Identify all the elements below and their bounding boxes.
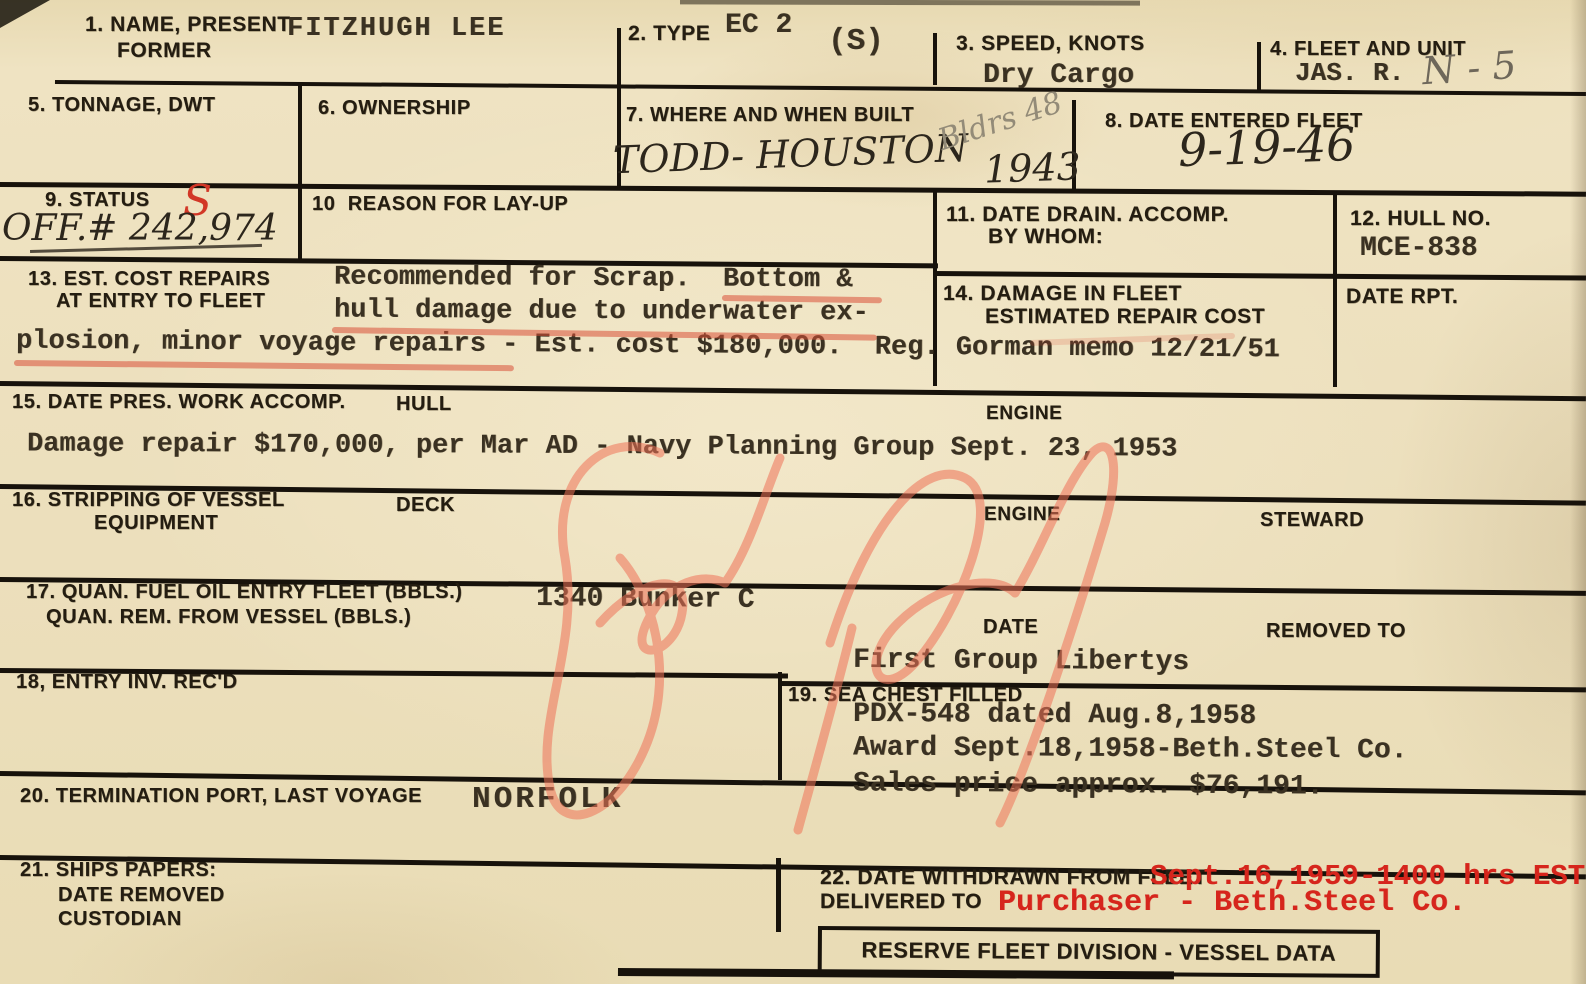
- field-17-removed-to-label: REMOVED TO: [1266, 620, 1406, 643]
- field-16-label: 16. STRIPPING OF VESSEL: [12, 489, 285, 512]
- field-20-label: 20. TERMINATION PORT, LAST VOYAGE: [20, 785, 422, 808]
- grid-line: [298, 84, 302, 262]
- field-22-delivered-to-value: Purchaser - Beth.Steel Co.: [998, 886, 1466, 920]
- field-6-label: 6. OWNERSHIP: [318, 97, 471, 120]
- field-2-value: EC 2: [725, 10, 792, 41]
- field-16-sublabel: EQUIPMENT: [94, 512, 218, 535]
- field-2-label: 2. TYPE: [628, 22, 710, 46]
- field-11-label: 11. DATE DRAIN. ACCOMP.: [946, 203, 1229, 227]
- field-12-value: MCE-838: [1360, 233, 1478, 264]
- grid-line: [935, 271, 1586, 281]
- field-13-label: 13. EST. COST REPAIRS: [28, 268, 270, 291]
- field-1-label: 1. NAME, PRESENT: [85, 13, 291, 37]
- field-14-sublabel: ESTIMATED REPAIR COST: [985, 305, 1265, 329]
- field-21-sublabel-custodian: CUSTODIAN: [58, 908, 182, 931]
- grid-line: [1333, 195, 1337, 387]
- field-17-sublabel: QUAN. REM. FROM VESSEL (BBLS.): [46, 606, 411, 629]
- field-7-year: 1943: [983, 144, 1081, 191]
- field-21-sublabel-date-removed: DATE REMOVED: [58, 884, 225, 907]
- scrawl-stroke: [600, 579, 725, 650]
- field-13-sublabel: AT ENTRY TO FLEET: [56, 290, 265, 313]
- field-14-date-rpt-label: DATE RPT.: [1346, 285, 1458, 309]
- field-7-handwritten: TODD- HOUSTON: [612, 126, 968, 182]
- field-4-value: JAS. R.: [1295, 58, 1404, 88]
- field-21-label: 21. SHIPS PAPERS:: [20, 859, 217, 882]
- field-11-sublabel: BY WHOM:: [988, 225, 1103, 249]
- sold-scrap-scrawl: [420, 398, 1140, 858]
- field-2-suffix: (S): [828, 24, 884, 59]
- grid-line: [0, 182, 1586, 197]
- field-15-label: 15. DATE PRES. WORK ACCOMP.: [12, 391, 346, 414]
- scrawl-stroke: [798, 628, 852, 830]
- field-8-handwritten: 9-19-46: [1177, 117, 1356, 177]
- grid-line: [933, 33, 937, 85]
- field-4-handwritten: N - 5: [1421, 43, 1518, 93]
- field-3-value: Dry Cargo: [983, 60, 1134, 91]
- scan-corner-mark: [0, 0, 50, 28]
- scan-edge-mark: [680, 0, 1140, 6]
- footer-title: RESERVE FLEET DIVISION - VESSEL DATA: [861, 937, 1336, 966]
- scrawl-stroke: [830, 474, 1015, 679]
- field-13-text-line1: Recommended for Scrap. Bottom &: [334, 263, 853, 296]
- field-7-label: 7. WHERE AND WHEN BUILT: [626, 104, 914, 127]
- field-14-label: 14. DAMAGE IN FLEET: [943, 282, 1182, 306]
- footer-title-box: RESERVE FLEET DIVISION - VESSEL DATA: [818, 926, 1380, 978]
- scrawl-stroke: [1000, 447, 1114, 823]
- field-10-label: 10 REASON FOR LAY-UP: [312, 193, 568, 216]
- vessel-data-card: 1. NAME, PRESENT FORMER FITZHUGH LEE 2. …: [0, 0, 1586, 984]
- grid-line: [1257, 42, 1261, 92]
- field-17-label: 17. QUAN. FUEL OIL ENTRY FLEET (BBLS.): [26, 581, 463, 604]
- field-3-label: 3. SPEED, KNOTS: [956, 32, 1145, 56]
- field-9-off-number: OFF.# 242,974: [2, 208, 278, 249]
- field-16-steward-label: STEWARD: [1260, 509, 1364, 532]
- red-underline: [14, 360, 514, 371]
- grid-line: [776, 858, 781, 932]
- scrawl-stroke: [725, 458, 780, 583]
- field-5-label: 5. TONNAGE, DWT: [28, 94, 216, 117]
- field-1-sublabel: FORMER: [117, 39, 212, 63]
- field-1-value: FITZHUGH LEE: [287, 14, 505, 44]
- scan-edge-shadow: [1570, 0, 1586, 984]
- field-22-delivered-to-label: DELIVERED TO: [820, 890, 982, 914]
- field-12-label: 12. HULL NO.: [1350, 207, 1491, 231]
- field-18-label: 18, ENTRY INV. REC'D: [16, 671, 238, 694]
